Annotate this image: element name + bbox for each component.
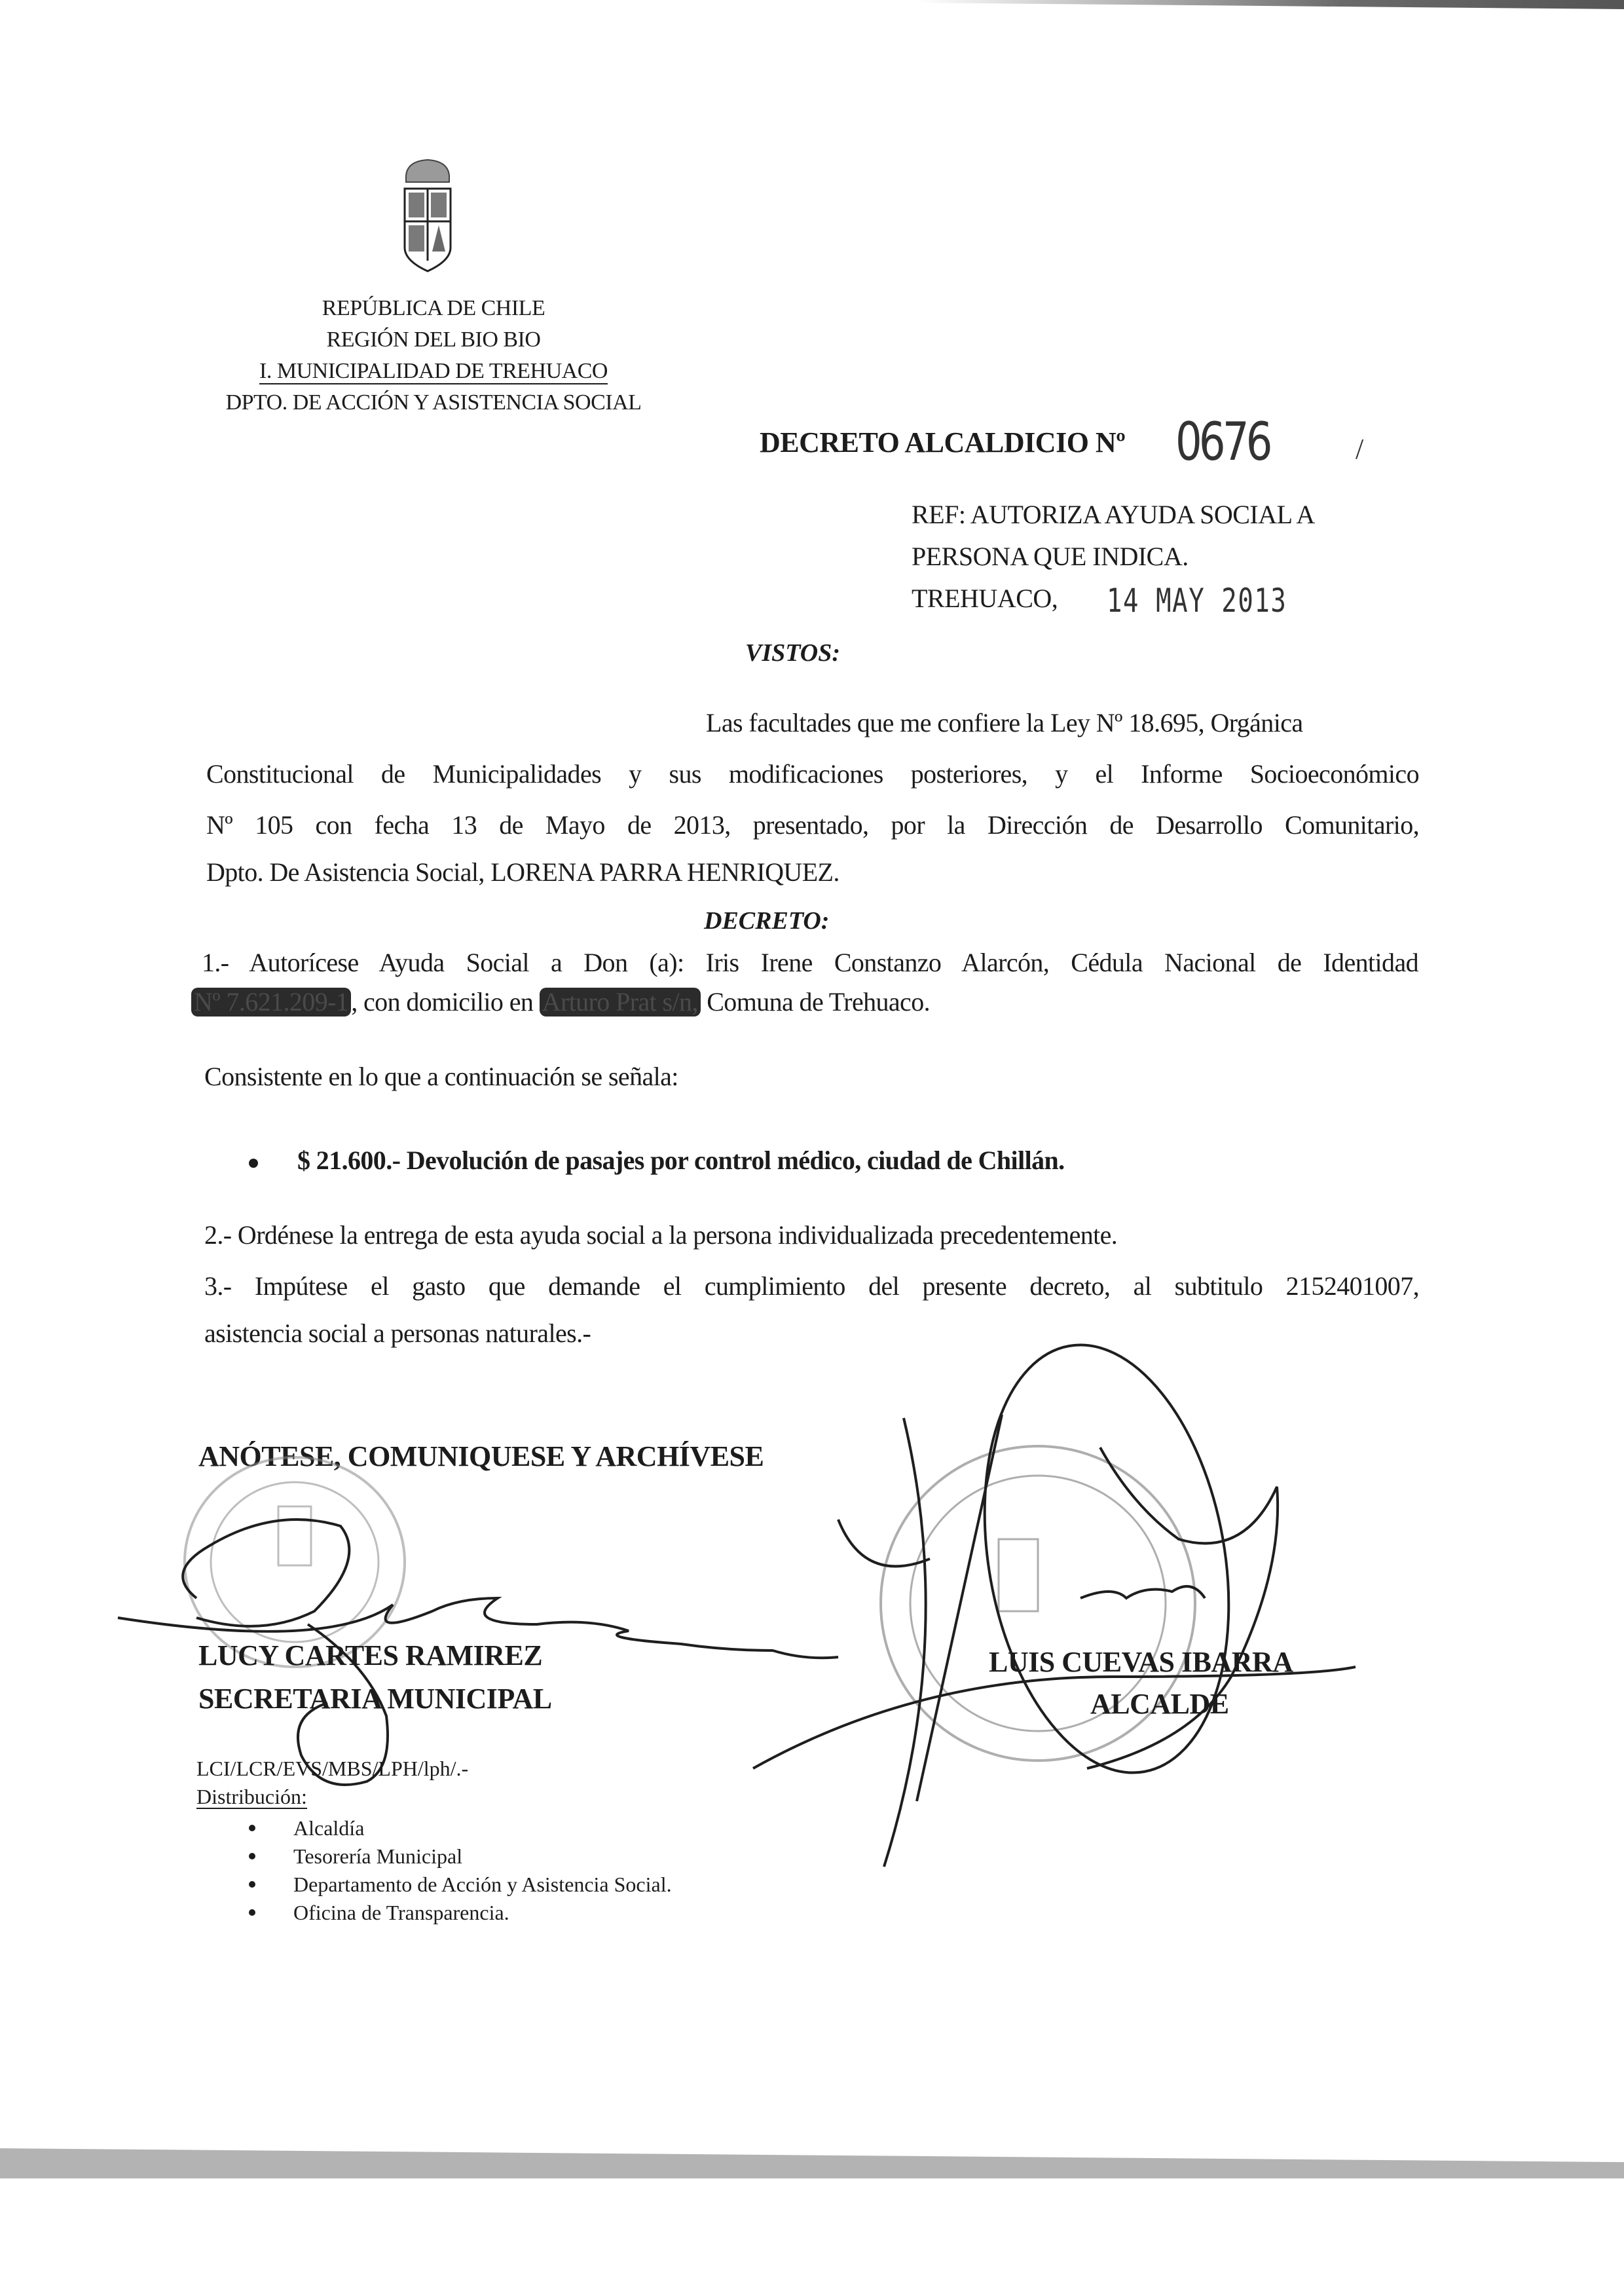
distribution-item: Departamento de Acción y Asistencia Soci… (249, 1871, 672, 1899)
redacted-address: Arturo Prat s/n, (540, 988, 701, 1017)
distribution-list: Alcaldía Tesorería Municipal Departament… (249, 1814, 672, 1927)
vistos-line-3: Nº 105 con fecha 13 de Mayo de 2013, pre… (206, 810, 1419, 840)
decree-title: DECRETO ALCALDICIO Nº (760, 426, 1125, 459)
vistos-line-4: Dpto. De Asistencia Social, LORENA PARRA… (206, 857, 840, 887)
scan-bottom-band (0, 2148, 1624, 2178)
secretary-title: SECRETARIA MUNICIPAL (198, 1682, 552, 1715)
header-department: DPTO. DE ACCIÓN Y ASISTENCIA SOCIAL (172, 390, 695, 415)
date-stamp: 14 MAY 2013 (1107, 582, 1287, 620)
closing-formula: ANÓTESE, COMUNIQUESE Y ARCHÍVESE (198, 1440, 764, 1473)
decreto-item-3-line-2: asistencia social a personas naturales.- (204, 1318, 591, 1349)
benefit-item: $ 21.600.- Devolución de pasajes por con… (249, 1145, 1065, 1176)
decree-number-handwritten: 0676 (1175, 411, 1270, 472)
responsibility-initials: LCI/LCR/EVS/MBS/LPH/lph/.- (196, 1757, 468, 1781)
header-municipality: I. MUNICIPALIDAD DE TREHUACO (172, 359, 695, 384)
decreto-item-1-line-2: Nº 7.621.209-1, con domicilio en Arturo … (191, 986, 930, 1017)
scan-edge-shadow (917, 0, 1624, 9)
coat-of-arms-icon (401, 156, 454, 274)
mayor-signature-icon (753, 1326, 1356, 1867)
redacted-id-number: Nº 7.621.209-1 (191, 988, 351, 1017)
mayor-name: LUIS CUEVAS IBARRA (989, 1645, 1293, 1679)
mayor-title: ALCALDE (1090, 1687, 1229, 1721)
decreto-item-2: 2.- Ordénese la entrega de esta ayuda so… (204, 1220, 1117, 1250)
vistos-line-2: Constitucional de Municipalidades y sus … (206, 758, 1419, 789)
secretary-stamp-icon (185, 1457, 405, 1667)
decreto-item-1-line-1: 1.- Autorícese Ayuda Social a Don (a): I… (202, 947, 1418, 978)
distribution-item: Tesorería Municipal (249, 1842, 672, 1871)
consistente-text: Consistente en lo que a continuación se … (204, 1061, 678, 1092)
commune-text: Comuna de Trehuaco. (701, 987, 930, 1017)
vistos-line-1: Las facultades que me confiere la Ley Nº… (706, 707, 1303, 738)
distribution-title: Distribución: (196, 1785, 307, 1809)
distribution-item: Oficina de Transparencia. (249, 1899, 672, 1927)
decreto-heading: DECRETO: (704, 906, 829, 935)
address-prefix: , con domicilio en (351, 987, 539, 1017)
decree-slash: / (1356, 432, 1363, 466)
decreto-item-3-line-1: 3.- Impútese el gasto que demande el cum… (204, 1271, 1419, 1301)
benefit-text: $ 21.600.- Devolución de pasajes por con… (297, 1146, 1065, 1175)
distribution-item: Alcaldía (249, 1814, 672, 1842)
reference-place: TREHUACO, (912, 583, 1058, 614)
bullet-icon (249, 1159, 258, 1168)
vistos-heading: VISTOS: (745, 639, 840, 667)
header-country: REPÚBLICA DE CHILE (172, 296, 695, 321)
header-region: REGIÓN DEL BIO BIO (172, 327, 695, 352)
municipality-text: I. MUNICIPALIDAD DE TREHUACO (259, 359, 608, 384)
secretary-name: LUCY CARTES RAMIREZ (198, 1639, 542, 1672)
reference-line-1: REF: AUTORIZA AYUDA SOCIAL A (912, 499, 1315, 530)
reference-line-2: PERSONA QUE INDICA. (912, 541, 1189, 572)
